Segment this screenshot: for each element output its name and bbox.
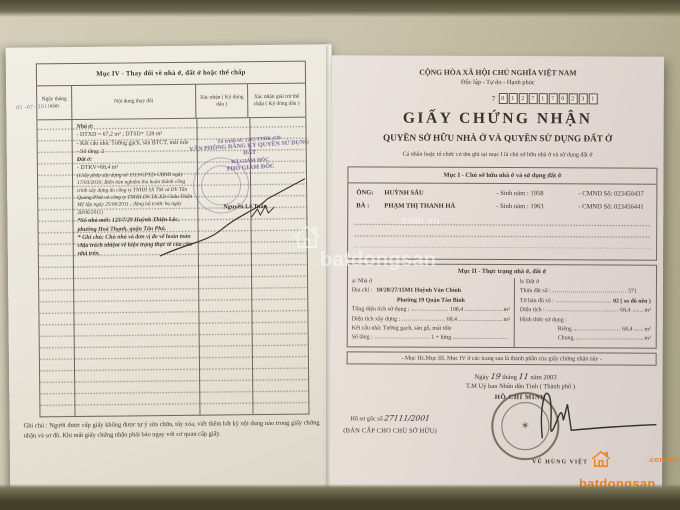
col-header-release: Xác nhận giải trừ thế chấp ( Ký đóng dấu… — [247, 84, 305, 118]
serial-prefix: 7 — [492, 94, 496, 102]
watermark-domain: .com.vn — [399, 216, 440, 227]
usage-note: Ghi chú : Người được cấp giấy không được… — [24, 418, 320, 440]
owner-birth: - Sinh năm : 1958 — [496, 190, 578, 197]
watermark-center: .com.vn batdongsan — [286, 214, 466, 278]
address-value: 18/28/27/15M1 Huỳnh Văn Chính — [376, 287, 461, 297]
owner-name: PHẠM THỊ THANH HÀ — [384, 203, 496, 210]
address-label: Địa chỉ : — [352, 287, 372, 296]
owner-id: - CMND Số: 023450437 — [578, 190, 648, 197]
dossier-label: Hồ sơ gốc số — [350, 415, 382, 422]
dossier-number-line: Hồ sơ gốc số 27111/2001 — [350, 413, 429, 422]
house-icon — [292, 224, 322, 250]
serial-digit: 2 — [518, 93, 527, 104]
owner-label: ÔNG: — [356, 189, 384, 196]
shared-label: Chung. — [558, 335, 575, 344]
total-area-value: 108,4 — [450, 306, 463, 315]
date-column — [37, 120, 74, 416]
section1-title: Mục I - Chủ sở hữu nhà ở và sử dụng đất … — [348, 167, 656, 184]
land-column: b/ Đất ở Thửa đất số : 571 Tờ bản đồ số … — [514, 278, 656, 348]
plot-label: Thửa đất số : — [520, 288, 551, 298]
serial-digit: 0 — [558, 93, 567, 104]
serial-number: 7 0 1 2 7 1 7 0 2 3 1 — [492, 93, 599, 104]
certificate-subtitle: QUYỀN SỞ HỮU NHÀ Ở VÀ QUYỀN SỬ DỤNG ĐẤT … — [332, 132, 664, 143]
owner-row: ÔNG: HUỲNH SÁU - Sinh năm : 1958 - CMND … — [356, 189, 648, 197]
land-heading: b/ Đất ở — [520, 278, 651, 288]
table-surface-bottom — [0, 484, 680, 510]
unit: m² — [644, 326, 650, 335]
col-header-confirm: Xác nhận ( Ký đóng dấu ) — [195, 84, 247, 118]
build-area-label: Diện tích xây dựng : — [352, 315, 400, 325]
serial-digit: 1 — [508, 93, 517, 104]
unit: m² — [644, 307, 650, 316]
owner-copy-note: (BẢN CẤP CHO CHỦ SỞ HỮU) — [343, 427, 437, 434]
watermark-domain: .com.vn — [647, 455, 679, 464]
serial-digit: 2 — [568, 93, 577, 104]
private-label: Riêng — [558, 325, 572, 334]
structure-line: Kết cấu nhà: Tường gạch, sàn gỗ, mái tôl… — [352, 324, 510, 334]
house-icon — [590, 450, 612, 468]
serial-digit: 1 — [538, 93, 547, 104]
surveyor-name: Nguyễn Lê Tuấn — [223, 203, 267, 210]
certificate-note: Cá nhân hoặc tổ chức có tên ghi tại mục … — [332, 151, 664, 158]
map-value: 02 ( so đồ nền ) — [613, 297, 651, 307]
use-label: Hình thức sử dụng : — [520, 316, 651, 326]
serial-digit: 7 — [528, 93, 537, 104]
floors-value: 1 + lửng — [431, 334, 451, 343]
build-area-value: 68,4 — [447, 315, 457, 324]
owner-name: HUỲNH SÁU — [384, 190, 496, 197]
area-label: Diện tích : — [520, 306, 545, 316]
area-value: 68,4 — [620, 307, 630, 316]
serial-digit: 0 — [498, 93, 507, 104]
certificate-title: GIẤY CHỨNG NHẬN — [332, 109, 664, 128]
national-title: CỘNG HÒA XÃ HỘI CHỦ NGHĨA VIỆT NAM — [332, 67, 664, 77]
serial-digit: 3 — [578, 93, 587, 104]
total-area-label: Tổng diện tích sử dụng : — [352, 306, 410, 316]
owner-list: ÔNG: HUỲNH SÁU - Sinh năm : 1958 - CMND … — [348, 183, 656, 210]
watermark-brand: batdongsan — [320, 249, 436, 272]
house-column: a/ Nhà ở Địa chỉ : 18/28/27/15M1 Huỳnh V… — [348, 277, 514, 347]
owner-birth: - Sinh năm : 1963 — [496, 203, 578, 210]
table-surface-top — [0, 0, 680, 17]
entry-line: - Kết cấu nhà: Tường gạch, sàn BTCT, mái… — [77, 138, 194, 148]
section4-title: Mục IV - Thay đổi về nhà ở, đất ở hoặc t… — [37, 62, 305, 87]
private-value: 68,4 — [622, 326, 632, 335]
floors-label: Số tầng : — [352, 334, 373, 343]
national-motto: Độc lập - Tự do - Hạnh phúc — [332, 78, 664, 86]
serial-digit: 1 — [588, 93, 597, 104]
serial-digit: 7 — [548, 93, 557, 104]
section4-header-row: Ngày tháng năm Nội dung thay đổi Xác nhậ… — [37, 84, 305, 121]
dossier-number: 27111/2001 — [384, 414, 431, 423]
owner-id: - CMND Số: 023456441 — [578, 203, 648, 210]
plot-value: 571 — [628, 288, 637, 297]
unit: m² — [644, 335, 650, 344]
col-header-date: Ngày tháng năm — [37, 86, 71, 119]
unit: m² — [503, 316, 509, 325]
unit: m² — [503, 306, 509, 315]
owner-label: BÀ : — [356, 202, 384, 209]
section-footer-bar: - Mục IIc,Mục III, Mục IV ở các trang sa… — [347, 351, 657, 365]
owner-row: BÀ : PHẠM THỊ THANH HÀ - Sinh năm : 1963… — [356, 202, 648, 210]
map-label: Tờ bản đồ số : — [520, 297, 554, 307]
col-header-content: Nội dung thay đổi — [71, 85, 195, 119]
content-column: Nhà ở: - DTXD = 67,2 m² ; DTSD= 128 m² -… — [71, 119, 199, 416]
photo-background: Mục IV - Thay đổi về nhà ở, đất ở hoặc t… — [0, 0, 680, 510]
